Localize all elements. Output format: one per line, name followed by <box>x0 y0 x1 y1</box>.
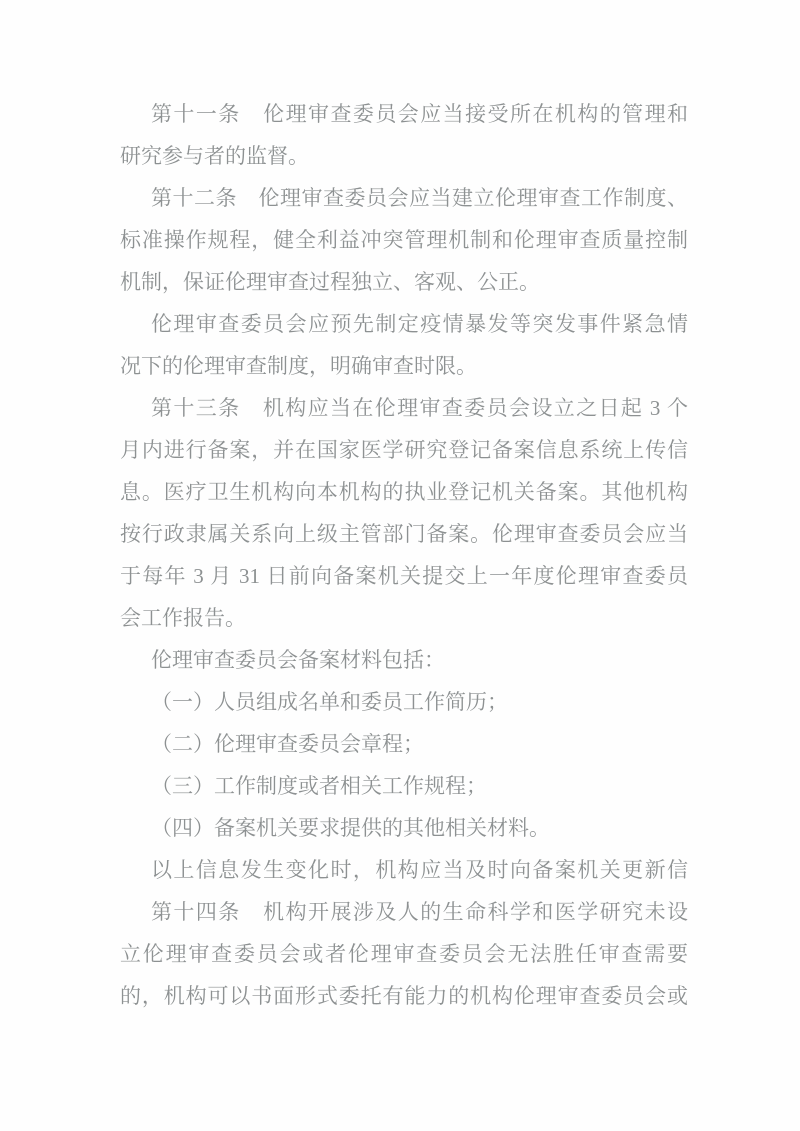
text-line: 机制，保证伦理审查过程独立、客观、公正。 <box>120 261 688 303</box>
text-line: 会工作报告。 <box>120 597 688 639</box>
text-line: 况下的伦理审查制度，明确审查时限。 <box>120 345 688 387</box>
text-line: 伦理审查委员会应预先制定疫情暴发等突发事件紧急情 <box>120 303 688 345</box>
text-line: （二）伦理审查委员会章程； <box>120 723 688 765</box>
text-line: 第十四条 机构开展涉及人的生命科学和医学研究未设 <box>120 891 688 933</box>
document-page: { "page": { "background": "#ffffff", "te… <box>0 0 800 1131</box>
text-line: （一）人员组成名单和委员工作简历； <box>120 681 688 723</box>
text-line: 立伦理审查委员会或者伦理审查委员会无法胜任审查需要 <box>120 933 688 975</box>
text-line: 以上信息发生变化时，机构应当及时向备案机关更新信息。 <box>120 849 688 891</box>
text-line: 伦理审查委员会备案材料包括： <box>120 639 688 681</box>
text-line: 标准操作规程，健全利益冲突管理机制和伦理审查质量控制 <box>120 219 688 261</box>
document-body: 第十一条 伦理审查委员会应当接受所在机构的管理和 研究参与者的监督。 第十二条 … <box>120 93 688 1017</box>
text-line: 月内进行备案，并在国家医学研究登记备案信息系统上传信 <box>120 429 688 471</box>
text-line: 第十一条 伦理审查委员会应当接受所在机构的管理和 <box>120 93 688 135</box>
text-line: 于每年 3 月 31 日前向备案机关提交上一年度伦理审查委员 <box>120 555 688 597</box>
text-line: （四）备案机关要求提供的其他相关材料。 <box>120 807 688 849</box>
text-line: 按行政隶属关系向上级主管部门备案。伦理审查委员会应当 <box>120 513 688 555</box>
text-line: （三）工作制度或者相关工作规程； <box>120 765 688 807</box>
text-line: 第十二条 伦理审查委员会应当建立伦理审查工作制度、 <box>120 177 688 219</box>
text-line: 第十三条 机构应当在伦理审查委员会设立之日起 3 个 <box>120 387 688 429</box>
text-line: 研究参与者的监督。 <box>120 135 688 177</box>
text-line: 息。医疗卫生机构向本机构的执业登记机关备案。其他机构 <box>120 471 688 513</box>
text-line: 的，机构可以书面形式委托有能力的机构伦理审查委员会或 <box>120 975 688 1017</box>
